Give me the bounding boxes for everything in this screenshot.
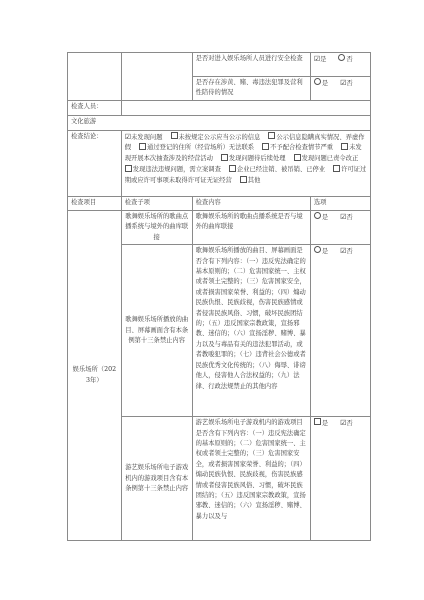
checkbox-icon xyxy=(125,165,132,172)
checkbox-icon xyxy=(240,176,247,183)
option-group: 是 ☑否 xyxy=(310,417,370,541)
radio-no[interactable]: ☑否 xyxy=(340,214,353,221)
subitem-cell: 游艺娱乐场所电子游戏机内的游戏项目含有本条例第十三条禁止内容 xyxy=(121,417,192,541)
radio-yes[interactable]: 是 xyxy=(314,214,328,221)
radio-yes[interactable]: ☑是 xyxy=(314,56,327,63)
conclusion-option[interactable]: 企业已经注销、被吊销、已停业 xyxy=(229,166,325,173)
radio-yes[interactable]: 是 xyxy=(314,80,328,87)
header-item: 检查项目 xyxy=(68,197,122,211)
radio-circle-icon xyxy=(314,212,321,219)
table-row: 娱乐场所（2023年） 歌舞娱乐场所的歌曲点播系统与境外的曲库联接 歌舞娱乐场所… xyxy=(68,211,371,245)
header-subitem: 检查子项 xyxy=(121,197,192,211)
radio-no[interactable]: ☑否 xyxy=(340,420,353,427)
conclusion-options: ☑未发现问题 未按规定公示应当公示的信息 公示信息隐瞒真实情况、弄虚作假 通过登… xyxy=(121,131,370,197)
checkbox-icon xyxy=(333,165,340,172)
conclusion-row: 检查结论： ☑未发现问题 未按规定公示应当公示的信息 公示信息隐瞒真实情况、弄虚… xyxy=(68,131,371,197)
radio-yes[interactable]: 是 xyxy=(314,248,328,255)
checkbox-icon xyxy=(294,154,301,161)
department-row: 文化旅游 xyxy=(68,116,371,131)
content-cell: 歌舞娱乐场所的歌曲点播系统是否与境外的曲库联接 xyxy=(192,211,310,245)
inspection-table: 是否对进入娱乐场所人员进行安全检查 ☑是 否 是否存在涉黄、赌、毒违法犯罪及营利… xyxy=(67,52,371,541)
department-label: 文化旅游 xyxy=(68,116,371,131)
conclusion-option[interactable]: 不予配合检查情节严重 xyxy=(262,144,333,151)
conclusion-option[interactable]: 其他 xyxy=(240,177,261,184)
header-options: 选项 xyxy=(310,197,370,211)
radio-circle-icon xyxy=(314,246,321,253)
checkbox-icon xyxy=(262,143,269,150)
conclusion-option[interactable]: 通过登记的住所（经营场所）无法联系 xyxy=(139,144,254,151)
option-group: ☑是 否 xyxy=(310,53,370,77)
conclusion-label: 检查结论： xyxy=(68,131,122,197)
subitem-cell: 歌舞娱乐场所的歌曲点播系统与境外的曲库联接 xyxy=(121,211,192,245)
conclusion-option[interactable]: 发现违法违规问题，需立案调查 xyxy=(125,166,221,173)
option-group: 是 ☑否 xyxy=(310,77,370,101)
subitem-cell: 歌舞娱乐场所播放的曲目、屏幕画面含有本条例第十三条禁止内容 xyxy=(121,245,192,417)
inspector-row: 检查人员： xyxy=(68,101,371,116)
empty-cell xyxy=(121,53,192,101)
content-cell: 歌舞娱乐场所播放的曲目、屏幕画面是否含有下列内容：（一）违反宪法确定的基本原则的… xyxy=(192,245,310,417)
checkbox-icon xyxy=(171,132,178,139)
table-row: 是否对进入娱乐场所人员进行安全检查 ☑是 否 xyxy=(68,53,371,77)
radio-no[interactable]: 否 xyxy=(338,56,352,63)
checkbox-icon xyxy=(229,165,236,172)
inspector-value[interactable] xyxy=(121,101,370,116)
radio-no[interactable]: ☑否 xyxy=(340,80,353,87)
check-content: 是否对进入娱乐场所人员进行安全检查 xyxy=(192,53,310,77)
conclusion-option[interactable]: 发现问题待后续处理 xyxy=(221,155,286,162)
content-cell: 游艺娱乐场所电子游戏机内的游戏项目是否含有下列内容：（一）违反宪法确定的基本原则… xyxy=(192,417,310,541)
category-cell: 娱乐场所（2023年） xyxy=(68,211,122,541)
checkbox-icon xyxy=(139,143,146,150)
radio-yes[interactable]: 是 xyxy=(314,420,328,427)
option-group: 是 ☑否 xyxy=(310,211,370,245)
conclusion-option-no-problem[interactable]: ☑未发现问题 xyxy=(125,134,163,141)
document-page: 是否对进入娱乐场所人员进行安全检查 ☑是 否 是否存在涉黄、赌、毒违法犯罪及营利… xyxy=(0,0,424,600)
header-content: 检查内容 xyxy=(192,197,310,211)
check-content: 是否存在涉黄、赌、毒违法犯罪及营利性陪侍的情况 xyxy=(192,77,310,101)
conclusion-option[interactable]: 发现问题已责令改正 xyxy=(294,155,359,162)
checkbox-icon xyxy=(268,132,275,139)
conclusion-option[interactable]: 未按规定公示应当公示的信息 xyxy=(171,134,261,141)
checkbox-icon xyxy=(221,154,228,161)
empty-cell xyxy=(68,53,122,101)
option-group: 是 ☑否 xyxy=(310,245,370,417)
checkbox-icon xyxy=(314,418,321,425)
radio-circle-icon xyxy=(314,78,321,85)
items-header-row: 检查项目 检查子项 检查内容 选项 xyxy=(68,197,371,211)
radio-circle-icon xyxy=(338,54,345,61)
checkbox-icon xyxy=(341,143,348,150)
inspector-label: 检查人员： xyxy=(68,101,122,116)
radio-no[interactable]: ☑否 xyxy=(340,248,353,255)
